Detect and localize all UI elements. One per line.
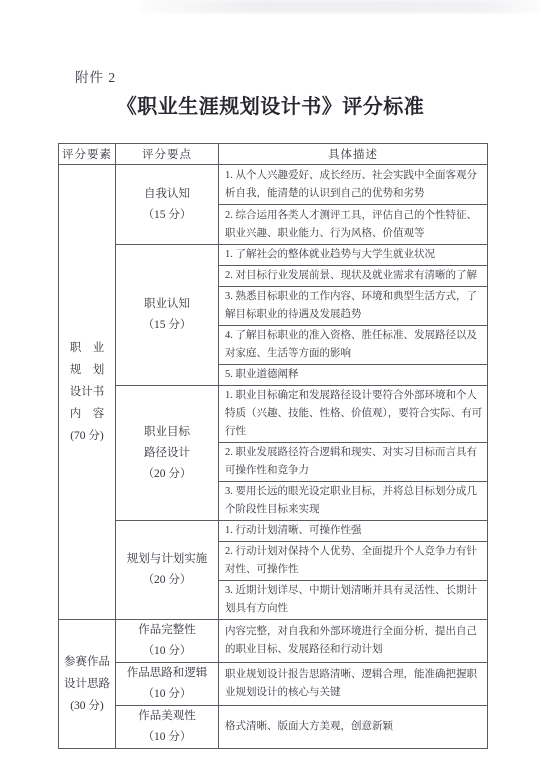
factor-line: 设计书 [59,381,115,403]
factor-cell-design-ideas: 参赛作品 设计思路 (30 分) [59,620,116,749]
factor-line: 参赛作品 [59,651,115,673]
col-header-point: 评分要点 [116,144,219,165]
description-cell: 2. 行动计划对保持个人优势、全面提升个人竞争力有针对性、可操作性 [219,542,488,581]
point-score: （20 分） [116,464,218,485]
table-header-row: 评分要素 评分要点 具体描述 [59,144,488,165]
point-score: （15 分） [116,315,218,336]
table-row: 作品思路和逻辑 （10 分） 职业规划设计报告思路清晰、逻辑合理，能准确把握职业… [59,663,488,706]
scoring-table: 评分要素 评分要点 具体描述 职 业 规 划 设计书 内 容 (70 分) 自我… [58,143,488,749]
description-cell: 1. 了解社会的整体就业趋势与大学生就业状况 [219,245,488,266]
description-cell: 职业规划设计报告思路清晰、逻辑合理，能准确把握职业规划设计的核心与关键 [219,663,488,706]
scan-artifact [140,0,540,13]
col-header-description: 具体描述 [219,144,488,165]
description-cell: 2. 对目标行业发展前景、现状及就业需求有清晰的了解 [219,266,488,287]
factor-line: 规 划 [59,359,115,381]
factor-line: 设计思路 [59,673,115,695]
point-score: （10 分） [116,641,218,662]
factor-line: (70 分) [59,425,115,447]
table-row: 作品美观性 （10 分） 格式清晰、版面大方美观，创意新颖 [59,706,488,749]
point-label: 规划与计划实施 [116,549,218,570]
description-cell: 5. 职业道德阐释 [219,365,488,386]
table-row: 职业目标 路径设计 （20 分） 1. 职业目标确定和发展路径设计要符合外部环境… [59,386,488,443]
table-row: 职业认知 （15 分） 1. 了解社会的整体就业趋势与大学生就业状况 [59,245,488,266]
description-cell: 格式清晰、版面大方美观，创意新颖 [219,706,488,749]
factor-line: 内 容 [59,403,115,425]
col-header-factor: 评分要素 [59,144,116,165]
point-score: （10 分） [116,684,218,705]
point-score: （15 分） [116,205,218,226]
attachment-label: 附件 2 [75,66,116,86]
description-cell: 1. 行动计划清晰、可操作性强 [219,521,488,542]
point-label: 路径设计 [116,443,218,464]
description-cell: 3. 近期计划详尽、中期计划清晰并具有灵活性、长期计划具有方向性 [219,581,488,620]
point-cell-work-logic: 作品思路和逻辑 （10 分） [116,663,219,706]
point-cell-work-aesthetics: 作品美观性 （10 分） [116,706,219,749]
point-score: （10 分） [116,727,218,748]
point-cell-career-cognition: 职业认知 （15 分） [116,245,219,386]
description-cell: 内容完整，对自我和外部环境进行全面分析，提出自己的职业目标、发展路径和行动计划 [219,620,488,663]
point-cell-plan-implementation: 规划与计划实施 （20 分） [116,521,219,620]
factor-line: (30 分) [59,695,115,717]
point-cell-self-cognition: 自我认知 （15 分） [116,165,219,245]
point-cell-goal-path-design: 职业目标 路径设计 （20 分） [116,386,219,521]
point-score: （20 分） [116,570,218,591]
point-label: 作品完整性 [116,620,218,641]
description-cell: 2. 职业发展路径符合逻辑和现实、对实习目标而言具有可操作性和竞争力 [219,443,488,482]
description-cell: 1. 从个人兴趣爱好、成长经历、社会实践中全面客观分析自我，能清楚的认识到自己的… [219,165,488,205]
description-cell: 3. 要用长远的眼光设定职业目标，并将总目标划分成几个阶段性目标来实现 [219,482,488,521]
description-cell: 3. 熟悉目标职业的工作内容、环境和典型生活方式，了解目标职业的待遇及发展趋势 [219,287,488,326]
point-cell-work-completeness: 作品完整性 （10 分） [116,620,219,663]
table-row: 规划与计划实施 （20 分） 1. 行动计划清晰、可操作性强 [59,521,488,542]
description-cell: 2. 综合运用各类人才测评工具，评估自己的个性特征、职业兴趣、职业能力、行为风格… [219,205,488,245]
point-label: 职业目标 [116,422,218,443]
scanned-document-page: { "page": { "attachment_label": "附件 2", … [0,0,541,768]
factor-line: 职 业 [59,337,115,359]
factor-cell-plan-content: 职 业 规 划 设计书 内 容 (70 分) [59,165,116,620]
point-label: 作品美观性 [116,706,218,727]
table-row: 参赛作品 设计思路 (30 分) 作品完整性 （10 分） 内容完整，对自我和外… [59,620,488,663]
point-label: 自我认知 [116,184,218,205]
table-row: 职 业 规 划 设计书 内 容 (70 分) 自我认知 （15 分） 1. 从个… [59,165,488,205]
page-title: 《职业生涯规划设计书》评分标准 [0,90,541,119]
point-label: 职业认知 [116,294,218,315]
description-cell: 1. 职业目标确定和发展路径设计要符合外部环境和个人特质（兴趣、技能、性格、价值… [219,386,488,443]
point-label: 作品思路和逻辑 [116,663,218,684]
description-cell: 4. 了解目标职业的准入资格、胜任标准、发展路径以及对家庭、生活等方面的影响 [219,326,488,365]
